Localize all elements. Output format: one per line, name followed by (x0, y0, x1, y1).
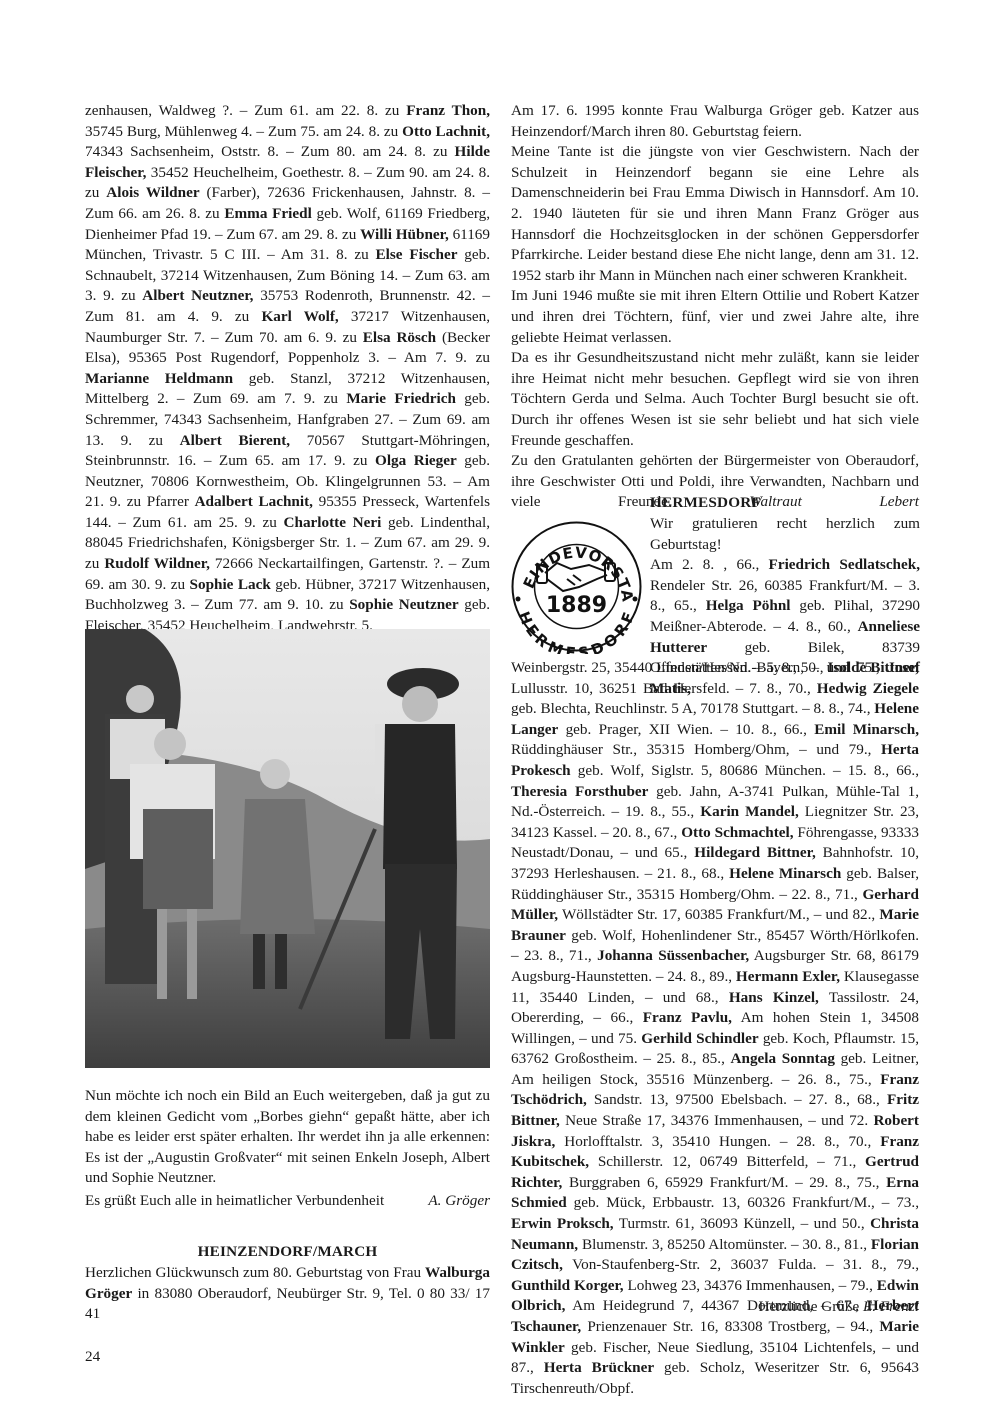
article-paragraph: Meine Tante ist die jüngste von vier Ges… (511, 142, 919, 286)
honoree-name: Rudolf Wildner, (104, 555, 210, 572)
honoree-name: Karl Wolf, (261, 308, 338, 325)
honoree-name: Hilde Fleischer, (85, 143, 490, 181)
article-paragraph: Im Juni 1946 mußte sie mit ihren Eltern … (511, 286, 919, 348)
honoree-name: Robert Jiskra, (511, 1112, 919, 1150)
honoree-name: Emma Friedl (224, 205, 311, 222)
hermesdorf-birthday-list: Weinbergstr. 25, 35440 Linden/Hessen. – … (511, 658, 919, 1399)
honoree-name: Alois Wildner (106, 184, 199, 201)
honoree-name: Albert Bierent, (180, 432, 290, 449)
honoree-name: Anneliese Hutterer (650, 618, 920, 656)
greeting-signature: A. Gröger (428, 1191, 490, 1212)
honoree-name: Else Fischer (376, 246, 458, 263)
honoree-name: Theresia Forsthuber (511, 783, 648, 800)
honoree-name: Helga Pöhnl (706, 597, 791, 614)
family-photo (85, 629, 490, 1068)
honoree-name: Gerhard Müller, (511, 886, 919, 924)
honoree-name: Friedrich Sedlatschek, (769, 556, 920, 573)
honoree-name: Marianne Heldmann (85, 370, 233, 387)
stamp-top-text: GEMEINDEVORSTAND (509, 519, 637, 604)
honoree-name: Helene Minarsch (729, 865, 841, 882)
honoree-name: Herta Prokesch (511, 741, 919, 779)
honoree-name: Emil Minarsch, (814, 721, 919, 738)
honoree-name: Franz Kubitschek, (511, 1133, 919, 1171)
honoree-name: Johanna Süssenbacher, (597, 947, 749, 964)
honoree-name: Hermann Exler, (736, 968, 840, 985)
honoree-name: Sophie Lack (190, 576, 271, 593)
stamp-year: 1889 (546, 593, 607, 618)
honoree-name: Gunthild Korger, (511, 1277, 624, 1294)
closing-signature: E. Frenzl (863, 1298, 919, 1315)
heinzendorf-body-post: in 83080 Oberaudorf, Neubürger Str. 9, T… (85, 1285, 490, 1323)
honoree-name: Charlotte Neri (284, 514, 382, 531)
honoree-name: Willi Hübner, (360, 226, 449, 243)
honoree-name: Adalbert Lachnit, (195, 493, 313, 510)
honoree-name: Erna Schmied (511, 1174, 919, 1212)
honoree-name: Isolde Bittner, (827, 659, 919, 676)
birthday-list: zenhausen, Waldweg ?. – Zum 61. am 22. 8… (85, 101, 490, 636)
honoree-name: Marie Brauner (511, 906, 919, 944)
closing-text: Herzliche Grüße (758, 1298, 863, 1315)
greeting-line: Es grüßt Euch alle in heimatlicher Verbu… (85, 1191, 490, 1212)
svg-text:GEMEINDEVORSTAND: GEMEINDEVORSTAND (509, 519, 637, 604)
page-number: 24 (85, 1348, 100, 1366)
gemeindevorstand-stamp: GEMEINDEVORSTAND HERMESDORF 1889 (509, 519, 644, 654)
heinzendorf-heading: HEINZENDORF/MARCH (85, 1243, 490, 1261)
heinzendorf-body: Herzlichen Glückwunsch zum 80. Geburtsta… (85, 1263, 490, 1325)
honoree-name: Otto Schmachtel, (681, 824, 793, 841)
honoree-name: Franz Thon, (406, 102, 490, 119)
heinzendorf-body-pre: Herzlichen Glückwunsch zum 80. Geburtsta… (85, 1264, 425, 1281)
hermesdorf-closing: Herzliche Grüße E. Frenzl (511, 1297, 919, 1318)
honoree-name: Hans Kinzel, (729, 989, 819, 1006)
article-paragraph: Am 17. 6. 1995 konnte Frau Walburga Grög… (511, 101, 919, 142)
hermesdorf-heading: HERMESDORF (650, 494, 920, 512)
honoree-name: Otto Lachnit, (402, 123, 490, 140)
honoree-name: Gerhild Schindler (641, 1030, 758, 1047)
honoree-name: Hedwig Ziegele (817, 680, 919, 697)
honoree-name: Hildegard Bittner, (694, 844, 816, 861)
photo-caption: Nun möchte ich noch ein Bild an Euch wei… (85, 1086, 490, 1189)
left-birthday-section: zenhausen, Waldweg ?. – Zum 61. am 22. 8… (85, 101, 490, 698)
honoree-name: Angela Sonntag (731, 1050, 835, 1067)
honoree-name: Franz Tschödrich, (511, 1071, 919, 1109)
honoree-name: Albert Neutzner, (142, 287, 253, 304)
honoree-name: Karin Mandel, (700, 803, 798, 820)
honoree-name: Olga Rieger (375, 452, 457, 469)
greeting-text: Es grüßt Euch alle in heimatlicher Verbu… (85, 1191, 384, 1212)
honoree-name: Elsa Rösch (363, 329, 436, 346)
hermesdorf-intro: Wir gratulieren recht herzlich zum Gebur… (650, 514, 920, 555)
honoree-name: Erwin Proksch, (511, 1215, 614, 1232)
honoree-name: Herta Brückner (544, 1359, 654, 1376)
honoree-name: Marie Friedrich (346, 390, 456, 407)
honoree-name: Sophie Neutzner (349, 596, 458, 613)
article-section: Am 17. 6. 1995 konnte Frau Walburga Grög… (511, 101, 919, 513)
honoree-name: Franz Pavlu, (643, 1009, 732, 1026)
article-paragraph: Da es ihr Gesundheitszustand nicht mehr … (511, 348, 919, 451)
